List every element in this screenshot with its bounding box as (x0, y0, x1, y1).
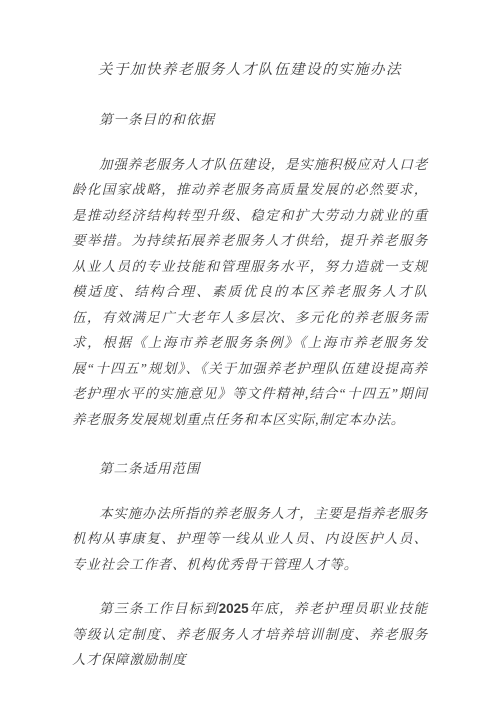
article-1-body: 加强养老服务人才队伍建设，是实施积极应对人口老龄化国家战略，推动养老服务高质量发… (72, 152, 428, 433)
article-3-body: 第三条工作目标到2025年底，养老护理员职业技能等级认定制度、养老服务人才培养培… (72, 596, 428, 673)
article-2-body: 本实施办法所指的养老服务人才，主要是指养老服务机构从事康复、护理等一线从业人员、… (72, 501, 428, 578)
article-3-lead-text: 第三条工作目标到 (99, 601, 219, 616)
article-3-year-value: 2025 (219, 601, 249, 616)
article-1-heading: 第一条目的和依据 (72, 107, 428, 133)
document-page: 关于加快养老服务人才队伍建设的实施办法 第一条目的和依据 加强养老服务人才队伍建… (0, 0, 500, 707)
article-2-heading: 第二条适用范围 (72, 456, 428, 482)
document-title: 关于加快养老服务人才队伍建设的实施办法 (72, 58, 428, 83)
